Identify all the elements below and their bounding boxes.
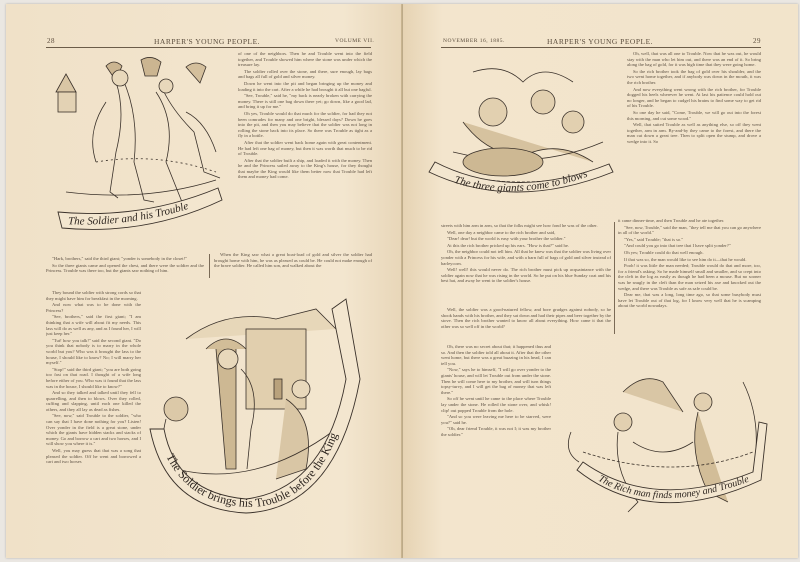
left-page: 28 HARPER'S YOUNG PEOPLE. VOLUME VII. [6, 4, 403, 558]
paragraph: "See, now," said Trouble to the soldier,… [46, 413, 141, 447]
paragraph: "Now," says he to himself, "I will go ov… [441, 367, 551, 395]
paragraph: Oh, the neighbor could not tell him. All… [441, 249, 611, 266]
svg-text:The Rich man finds money and T: The Rich man finds money and Trouble [596, 473, 751, 501]
paragraph: After that the soldier went back home ag… [238, 140, 372, 157]
paragraph: of one of the neighbors. Then he and Tro… [238, 51, 372, 68]
illustration-soldier-before-king: The Soldier brings his Trouble before th… [146, 279, 374, 519]
paragraph: Well, the soldier was a good-natured fel… [441, 307, 611, 329]
soldier-and-trouble-drawing: The Soldier and his Trouble [46, 52, 236, 234]
right-page-number: 29 [753, 37, 761, 45]
paragraph: streets with him arm in arm, so that the… [441, 223, 611, 229]
header-rule [441, 47, 761, 48]
paragraph: And so they talked and talked until they… [46, 390, 141, 412]
paragraph: So one day he said, "Come, Trouble, we w… [627, 110, 761, 121]
paragraph: "Stop!" said the third giant; "you are b… [46, 367, 141, 389]
left-column-2: of one of the neighbors. Then he and Tro… [238, 51, 372, 246]
right-publication-title: HARPER'S YOUNG PEOPLE. [547, 37, 653, 46]
right-date: NOVEMBER 16, 1885. [443, 38, 505, 44]
header-rule [46, 47, 371, 48]
paragraph: Oh, there was no secret about that; it h… [441, 344, 551, 366]
paragraph: "See, Trouble," said he, "my back is nea… [238, 93, 372, 110]
left-volume: VOLUME VII. [335, 38, 374, 44]
paragraph: it came dinner-time, and then Trouble an… [618, 218, 761, 224]
right-column-left-wide-2: Well, the soldier was a good-natured fel… [441, 307, 611, 337]
paragraph: If that was so, the man would like to se… [618, 257, 761, 263]
paragraph: Oh yes; Trouble could do that well enoug… [618, 250, 761, 256]
paragraph: "See, now, Trouble," said the man, "they… [618, 225, 761, 236]
left-column-1: They bound the soldier with strong cords… [46, 290, 141, 520]
paragraph: And now what was to be done with the Pri… [46, 302, 141, 313]
paragraph: "Dear! dear! but the world is easy with … [441, 236, 611, 242]
left-column-2-continued: When the King saw what a great boat-load… [214, 252, 372, 282]
paragraph: Well, you may guess that that was a song… [46, 448, 141, 465]
paragraph: And now everything went wrong with the r… [627, 87, 761, 109]
paragraph: Well, that suited Trouble as well as any… [627, 122, 761, 144]
paragraph: So the rich brother took the bag of gold… [627, 69, 761, 86]
paragraph: After that the soldier built a ship, and… [238, 158, 372, 180]
paragraph: "Oh, dear friend Trouble, it was not I; … [441, 426, 551, 437]
paragraph: So the three giants came and opened the … [46, 263, 204, 274]
three-giants-drawing: The three giants come to blows [413, 52, 623, 212]
paragraph: "Tut! how you talk!" said the second gia… [46, 338, 141, 366]
column-divider [614, 222, 615, 334]
paragraph: "And could you go into that tree that I … [618, 243, 761, 249]
rich-man-drawing: The Rich man finds money and Trouble [563, 362, 778, 522]
illustration-three-giants: The three giants come to blows [413, 52, 623, 212]
paragraph: So off he went until he came to the plac… [441, 396, 551, 413]
paragraph: Well! well! this would never do. The ric… [441, 267, 611, 284]
paragraph: Oh, well, that was all one to Trouble. N… [627, 51, 761, 68]
paragraph: "Yes," said Trouble; "that is so." [618, 237, 761, 243]
right-column-bottom: it came dinner-time, and then Trouble an… [618, 218, 761, 358]
paragraph: "And so you were leaving me here to be s… [441, 414, 551, 425]
right-column-left-wide: streets with him arm in arm, so that the… [441, 223, 611, 307]
paragraph: They bound the soldier with strong cords… [46, 290, 141, 301]
paragraph: Oh yes, Trouble would do that much for t… [238, 111, 372, 139]
left-publication-title: HARPER'S YOUNG PEOPLE. [154, 37, 260, 46]
paragraph: When the King saw what a great boat-load… [214, 252, 372, 269]
paragraph: Dear me, that was a long, long time ago,… [618, 292, 761, 309]
magazine-spread: 28 HARPER'S YOUNG PEOPLE. VOLUME VII. [6, 4, 798, 558]
paragraph: At this the rich brother pricked up his … [441, 243, 611, 249]
caption-rich-man: The Rich man finds money and Trouble [596, 473, 751, 501]
right-page: NOVEMBER 16, 1885. HARPER'S YOUNG PEOPLE… [403, 4, 798, 558]
paragraph: Pooh! it was little the man needed; Trou… [618, 263, 761, 291]
left-page-number: 28 [47, 37, 55, 45]
paragraph: Down he went into the pit and began brin… [238, 81, 372, 92]
column-divider [209, 254, 210, 278]
illustration-soldier-and-trouble: The Soldier and his Trouble [46, 52, 236, 234]
soldier-before-king-drawing: The Soldier brings his Trouble before th… [146, 279, 374, 519]
paragraph: Well, one day a neighbor came to the ric… [441, 230, 611, 236]
paragraph: The soldier rolled over the stone, and t… [238, 69, 372, 80]
illustration-rich-man: The Rich man finds money and Trouble [563, 362, 778, 522]
paragraph: "Hark, brothers," said the third giant; … [46, 256, 204, 262]
right-column-top: Oh, well, that was all one to Trouble. N… [627, 51, 761, 219]
paragraph: "See, brothers," said the first giant; "… [46, 314, 141, 336]
right-column-left-narrow: Oh, there was no secret about that; it h… [441, 344, 551, 524]
